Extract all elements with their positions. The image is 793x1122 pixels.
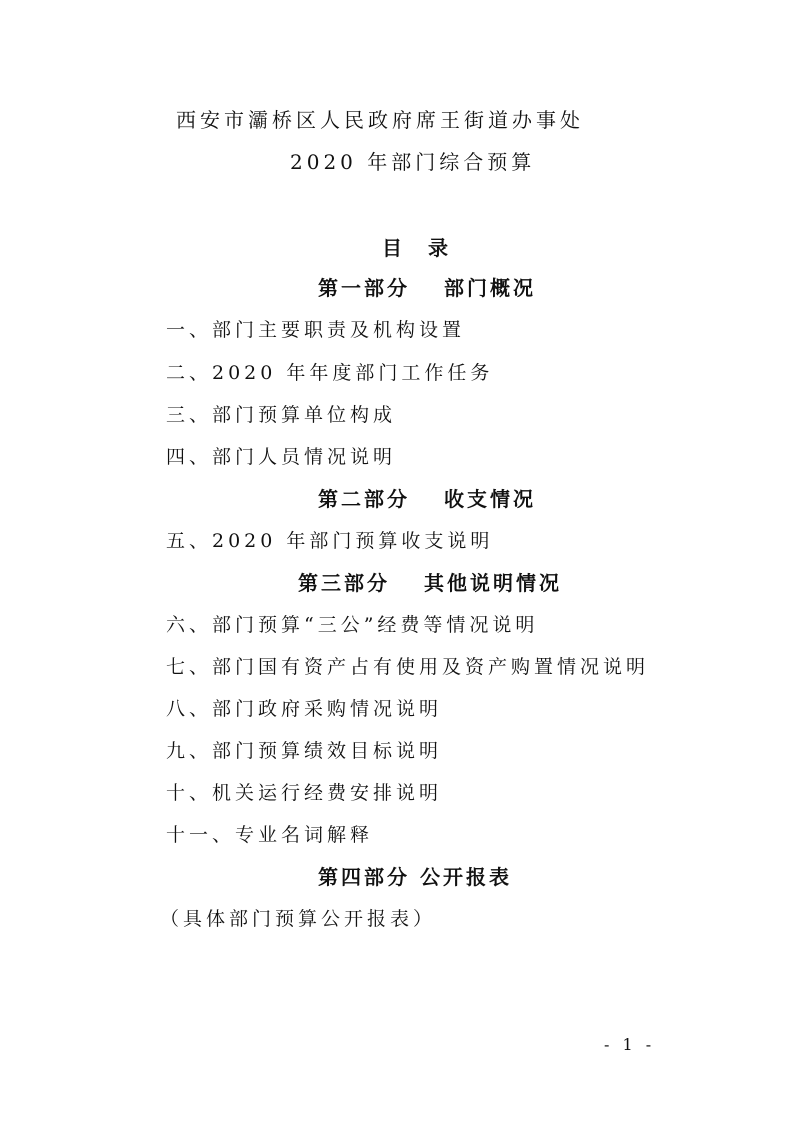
toc-item: 五、2020 年部门预算收支说明	[166, 529, 493, 553]
document-title-line1: 西安市灞桥区人民政府席王街道办事处	[176, 108, 584, 132]
part-heading-2: 第二部分收支情况	[318, 487, 536, 511]
part-label: 第四部分	[318, 865, 410, 889]
toc-item: 二、2020 年年度部门工作任务	[166, 361, 493, 385]
part-label: 第一部分	[318, 276, 410, 300]
toc-item: 十一、专业名词解释	[166, 823, 373, 847]
toc-item: 四、部门人员情况说明	[166, 445, 396, 469]
toc-heading: 目 录	[382, 236, 451, 260]
toc-item: 九、部门预算绩效目标说明	[166, 739, 442, 763]
part-name: 公开报表	[420, 865, 512, 889]
part-heading-4: 第四部分公开报表	[318, 865, 512, 889]
toc-item: 六、部门预算“三公”经费等情况说明	[166, 613, 538, 637]
toc-item: 三、部门预算单位构成	[166, 403, 396, 427]
part-name: 收支情况	[444, 487, 536, 511]
toc-item: 八、部门政府采购情况说明	[166, 697, 442, 721]
part-name: 其他说明情况	[424, 571, 562, 595]
part-heading-3: 第三部分其他说明情况	[298, 571, 562, 595]
toc-item: （具体部门预算公开报表）	[160, 907, 436, 931]
part-label: 第二部分	[318, 487, 410, 511]
page-number: - 1 -	[604, 1033, 655, 1057]
part-heading-1: 第一部分部门概况	[318, 276, 536, 300]
part-label: 第三部分	[298, 571, 390, 595]
toc-item: 七、部门国有资产占有使用及资产购置情况说明	[166, 655, 649, 679]
part-name: 部门概况	[444, 276, 536, 300]
toc-item: 十、机关运行经费安排说明	[166, 781, 442, 805]
toc-item: 一、部门主要职责及机构设置	[166, 318, 465, 342]
document-title-line2: 2020 年部门综合预算	[290, 150, 535, 174]
